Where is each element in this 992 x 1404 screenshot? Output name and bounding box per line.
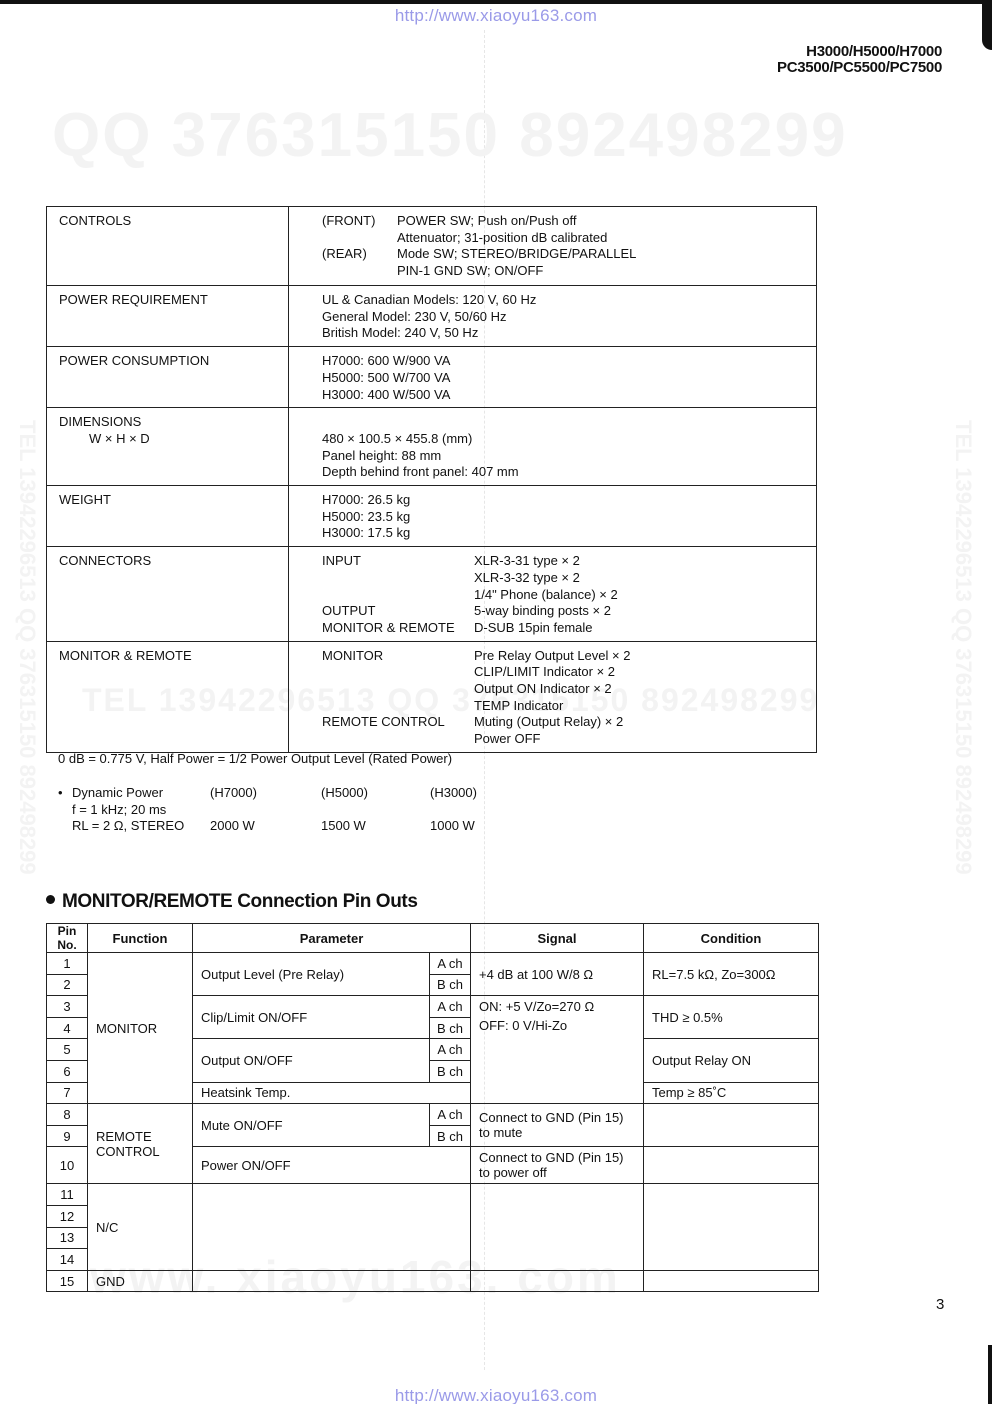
spec-line: H5000: 500 W/700 VA — [322, 370, 804, 387]
spec-line: H3000: 17.5 kg — [322, 525, 804, 542]
channel-cell: B ch — [430, 1125, 471, 1147]
parameter-cell: Output ON/OFF — [193, 1039, 430, 1082]
pin-number: 9 — [47, 1125, 88, 1147]
monitor-remote-key: MONITOR & REMOTE — [322, 620, 474, 637]
spec-line: D-SUB 15pin female — [474, 620, 804, 637]
spec-line: Power OFF — [474, 731, 804, 748]
front-key: (FRONT) — [322, 213, 397, 246]
source-url-bottom[interactable]: http://www.xiaoyu163.com — [0, 1386, 992, 1404]
header-pin: Pin No. — [47, 924, 88, 953]
spec-line: TEMP Indicator — [474, 698, 804, 715]
model-line-1: H3000/H5000/H7000 — [777, 44, 942, 60]
section-title: MONITOR/REMOTE Connection Pin Outs — [62, 891, 418, 912]
output-key: OUTPUT — [322, 603, 474, 620]
pin-number: 4 — [47, 1017, 88, 1039]
condition-cell — [644, 1184, 819, 1270]
source-url-top[interactable]: http://www.xiaoyu163.com — [0, 6, 992, 26]
spec-line: British Model: 240 V, 50 Hz — [322, 325, 804, 342]
spec-line: UL & Canadian Models: 120 V, 60 Hz — [322, 292, 804, 309]
signal-cell — [471, 1184, 644, 1270]
pin-number: 10 — [47, 1147, 88, 1184]
signal-line: OFF: 0 V/Hi-Zo — [479, 1018, 635, 1033]
spec-line: H7000: 26.5 kg — [322, 492, 804, 509]
dynamic-power-condition: RL = 2 Ω, STEREO — [58, 818, 210, 835]
spec-line: Mode SW; STEREO/BRIDGE/PARALLEL — [397, 246, 804, 263]
rear-key: (REAR) — [322, 246, 397, 279]
section-heading: MONITOR/REMOTE Connection Pin Outs — [46, 891, 418, 913]
spec-label: POWER CONSUMPTION — [47, 347, 289, 408]
pin-number: 1 — [47, 953, 88, 975]
signal-cell: ON: +5 V/Zo=270 Ω OFF: 0 V/Hi-Zo — [471, 996, 644, 1104]
page-number: 3 — [936, 1296, 944, 1313]
signal-line: Connect to GND (Pin 15) — [479, 1150, 635, 1165]
spec-value: INPUT XLR-3-31 type × 2XLR-3-32 type × 2… — [289, 547, 817, 642]
header-function: Function — [88, 924, 193, 953]
monitor-key: MONITOR — [322, 648, 474, 715]
channel-cell: A ch — [430, 996, 471, 1018]
spec-row-controls: CONTROLS (FRONT) POWER SW; Push on/Push … — [47, 207, 817, 286]
bullet-icon: • — [58, 785, 72, 802]
watermark-qq: QQ 376315150 892498299 — [52, 100, 848, 171]
pin-number: 5 — [47, 1039, 88, 1061]
function-cell: MONITOR — [88, 953, 193, 1104]
power-value: 2000 W — [210, 818, 321, 835]
spec-line: 5-way binding posts × 2 — [474, 603, 804, 620]
condition-cell: Temp ≥ 85˚C — [644, 1082, 819, 1104]
pinout-table: Pin No. Function Parameter Signal Condit… — [46, 923, 819, 1292]
spec-line: CLIP/LIMIT Indicator × 2 — [474, 664, 804, 681]
spec-label-text: DIMENSIONS — [59, 414, 276, 431]
spec-value: (FRONT) POWER SW; Push on/Push offAttenu… — [289, 207, 817, 286]
spec-line: Muting (Output Relay) × 2 — [474, 714, 804, 731]
pin-number: 3 — [47, 996, 88, 1018]
spec-label: WEIGHT — [47, 486, 289, 547]
pin-number: 7 — [47, 1082, 88, 1104]
channel-cell: B ch — [430, 1017, 471, 1039]
spec-value: UL & Canadian Models: 120 V, 60 Hz Gener… — [289, 286, 817, 347]
signal-cell: Connect to GND (Pin 15) to mute — [471, 1104, 644, 1147]
spec-value: H7000: 26.5 kg H5000: 23.5 kg H3000: 17.… — [289, 486, 817, 547]
spec-line: Depth behind front panel: 407 mm — [322, 464, 804, 481]
model-line-2: PC3500/PC5500/PC7500 — [777, 60, 942, 76]
watermark-side-left: TEL 13942296513 QQ 376315150 892498299 — [14, 420, 40, 875]
spec-row-weight: WEIGHT H7000: 26.5 kg H5000: 23.5 kg H30… — [47, 486, 817, 547]
function-cell: GND — [88, 1270, 193, 1292]
channel-cell: A ch — [430, 1104, 471, 1126]
spec-row-monitor-remote: MONITOR & REMOTE MONITOR Pre Relay Outpu… — [47, 641, 817, 752]
spec-label: CONTROLS — [47, 207, 289, 286]
spec-table: CONTROLS (FRONT) POWER SW; Push on/Push … — [46, 206, 817, 753]
function-cell: REMOTE CONTROL — [88, 1104, 193, 1184]
spec-value: MONITOR Pre Relay Output Level × 2 CLIP/… — [289, 641, 817, 752]
reference-note: 0 dB = 0.775 V, Half Power = 1/2 Power O… — [58, 751, 452, 766]
spec-label: CONNECTORS — [47, 547, 289, 642]
table-row: 1 MONITOR Output Level (Pre Relay) A ch … — [47, 953, 819, 975]
input-key: INPUT — [322, 553, 474, 603]
spec-line: Attenuator; 31-position dB calibrated — [397, 230, 804, 247]
spec-line: XLR-3-31 type × 2 — [474, 553, 804, 570]
condition-cell — [644, 1147, 819, 1184]
spec-line: PIN-1 GND SW; ON/OFF — [397, 263, 804, 280]
header-signal: Signal — [471, 924, 644, 953]
pin-number: 13 — [47, 1227, 88, 1249]
channel-cell: B ch — [430, 1060, 471, 1082]
signal-line: to mute — [479, 1125, 635, 1140]
signal-line: Connect to GND (Pin 15) — [479, 1110, 635, 1125]
channel-cell: B ch — [430, 974, 471, 996]
header-condition: Condition — [644, 924, 819, 953]
spec-line: Panel height: 88 mm — [322, 448, 804, 465]
dynamic-power-title: Dynamic Power — [72, 785, 163, 800]
spec-line: XLR-3-32 type × 2 — [474, 570, 804, 587]
parameter-cell — [193, 1184, 471, 1270]
power-value: 1500 W — [321, 818, 430, 835]
pin-number: 8 — [47, 1104, 88, 1126]
remote-key: REMOTE CONTROL — [322, 714, 474, 747]
table-row: 15 GND — [47, 1270, 819, 1292]
spec-sublabel: W × H × D — [59, 431, 276, 448]
signal-line: to power off — [479, 1165, 635, 1180]
signal-cell — [471, 1270, 644, 1292]
model-header: H3000/H5000/H7000 PC3500/PC5500/PC7500 — [777, 44, 942, 76]
spec-row-connectors: CONNECTORS INPUT XLR-3-31 type × 2XLR-3-… — [47, 547, 817, 642]
spec-value: H7000: 600 W/900 VA H5000: 500 W/700 VA … — [289, 347, 817, 408]
model-label: (H7000) — [210, 785, 321, 802]
spec-label: MONITOR & REMOTE — [47, 641, 289, 752]
power-value: 1000 W — [430, 818, 510, 835]
pin-number: 12 — [47, 1205, 88, 1227]
dynamic-power-condition: f = 1 kHz; 20 ms — [58, 802, 210, 819]
condition-cell: Output Relay ON — [644, 1039, 819, 1082]
signal-cell: +4 dB at 100 W/8 Ω — [471, 953, 644, 996]
parameter-cell: Output Level (Pre Relay) — [193, 953, 430, 996]
pin-number: 6 — [47, 1060, 88, 1082]
table-row: 8 REMOTE CONTROL Mute ON/OFF A ch Connec… — [47, 1104, 819, 1126]
function-cell: N/C — [88, 1184, 193, 1270]
spec-row-dimensions: DIMENSIONS W × H × D 480 × 100.5 × 455.8… — [47, 408, 817, 486]
scan-border-top — [0, 0, 992, 4]
condition-cell: THD ≥ 0.5% — [644, 996, 819, 1039]
spec-line: H3000: 400 W/500 VA — [322, 387, 804, 404]
spec-line: 480 × 100.5 × 455.8 (mm) — [322, 431, 804, 448]
spec-line: POWER SW; Push on/Push off — [397, 213, 804, 230]
spec-value: 480 × 100.5 × 455.8 (mm) Panel height: 8… — [289, 408, 817, 486]
spec-row-power-requirement: POWER REQUIREMENT UL & Canadian Models: … — [47, 286, 817, 347]
spec-label: POWER REQUIREMENT — [47, 286, 289, 347]
spec-line: Pre Relay Output Level × 2 — [474, 648, 804, 665]
spec-line: Output ON Indicator × 2 — [474, 681, 804, 698]
pin-number: 14 — [47, 1249, 88, 1271]
signal-line: ON: +5 V/Zo=270 Ω — [479, 999, 635, 1014]
signal-cell: Connect to GND (Pin 15) to power off — [471, 1147, 644, 1184]
function-label: REMOTE CONTROL — [96, 1129, 166, 1159]
channel-cell: A ch — [430, 953, 471, 975]
table-row: 11 N/C — [47, 1184, 819, 1206]
spec-line: H7000: 600 W/900 VA — [322, 353, 804, 370]
pin-number: 15 — [47, 1270, 88, 1292]
spec-row-power-consumption: POWER CONSUMPTION H7000: 600 W/900 VA H5… — [47, 347, 817, 408]
spec-line: General Model: 230 V, 50/60 Hz — [322, 309, 804, 326]
parameter-cell: Mute ON/OFF — [193, 1104, 430, 1147]
condition-cell — [644, 1270, 819, 1292]
parameter-cell — [193, 1270, 471, 1292]
bullet-icon — [46, 895, 55, 904]
model-label: (H5000) — [321, 785, 430, 802]
spec-label: DIMENSIONS W × H × D — [47, 408, 289, 486]
table-header-row: Pin No. Function Parameter Signal Condit… — [47, 924, 819, 953]
pin-number: 2 — [47, 974, 88, 996]
spec-line: H5000: 23.5 kg — [322, 509, 804, 526]
channel-cell: A ch — [430, 1039, 471, 1061]
condition-cell: RL=7.5 kΩ, Zo=300Ω — [644, 953, 819, 996]
condition-cell — [644, 1104, 819, 1147]
parameter-cell: Heatsink Temp. — [193, 1082, 471, 1104]
parameter-cell: Clip/Limit ON/OFF — [193, 996, 430, 1039]
dynamic-power-block: •Dynamic Power (H7000) (H5000) (H3000) f… — [58, 785, 510, 835]
parameter-cell: Power ON/OFF — [193, 1147, 471, 1184]
model-label: (H3000) — [430, 785, 510, 802]
pin-number: 11 — [47, 1184, 88, 1206]
spec-line: 1/4" Phone (balance) × 2 — [474, 587, 804, 604]
watermark-side-right: TEL 13942296513 QQ 376315150 892498299 — [950, 420, 976, 875]
header-parameter: Parameter — [193, 924, 471, 953]
